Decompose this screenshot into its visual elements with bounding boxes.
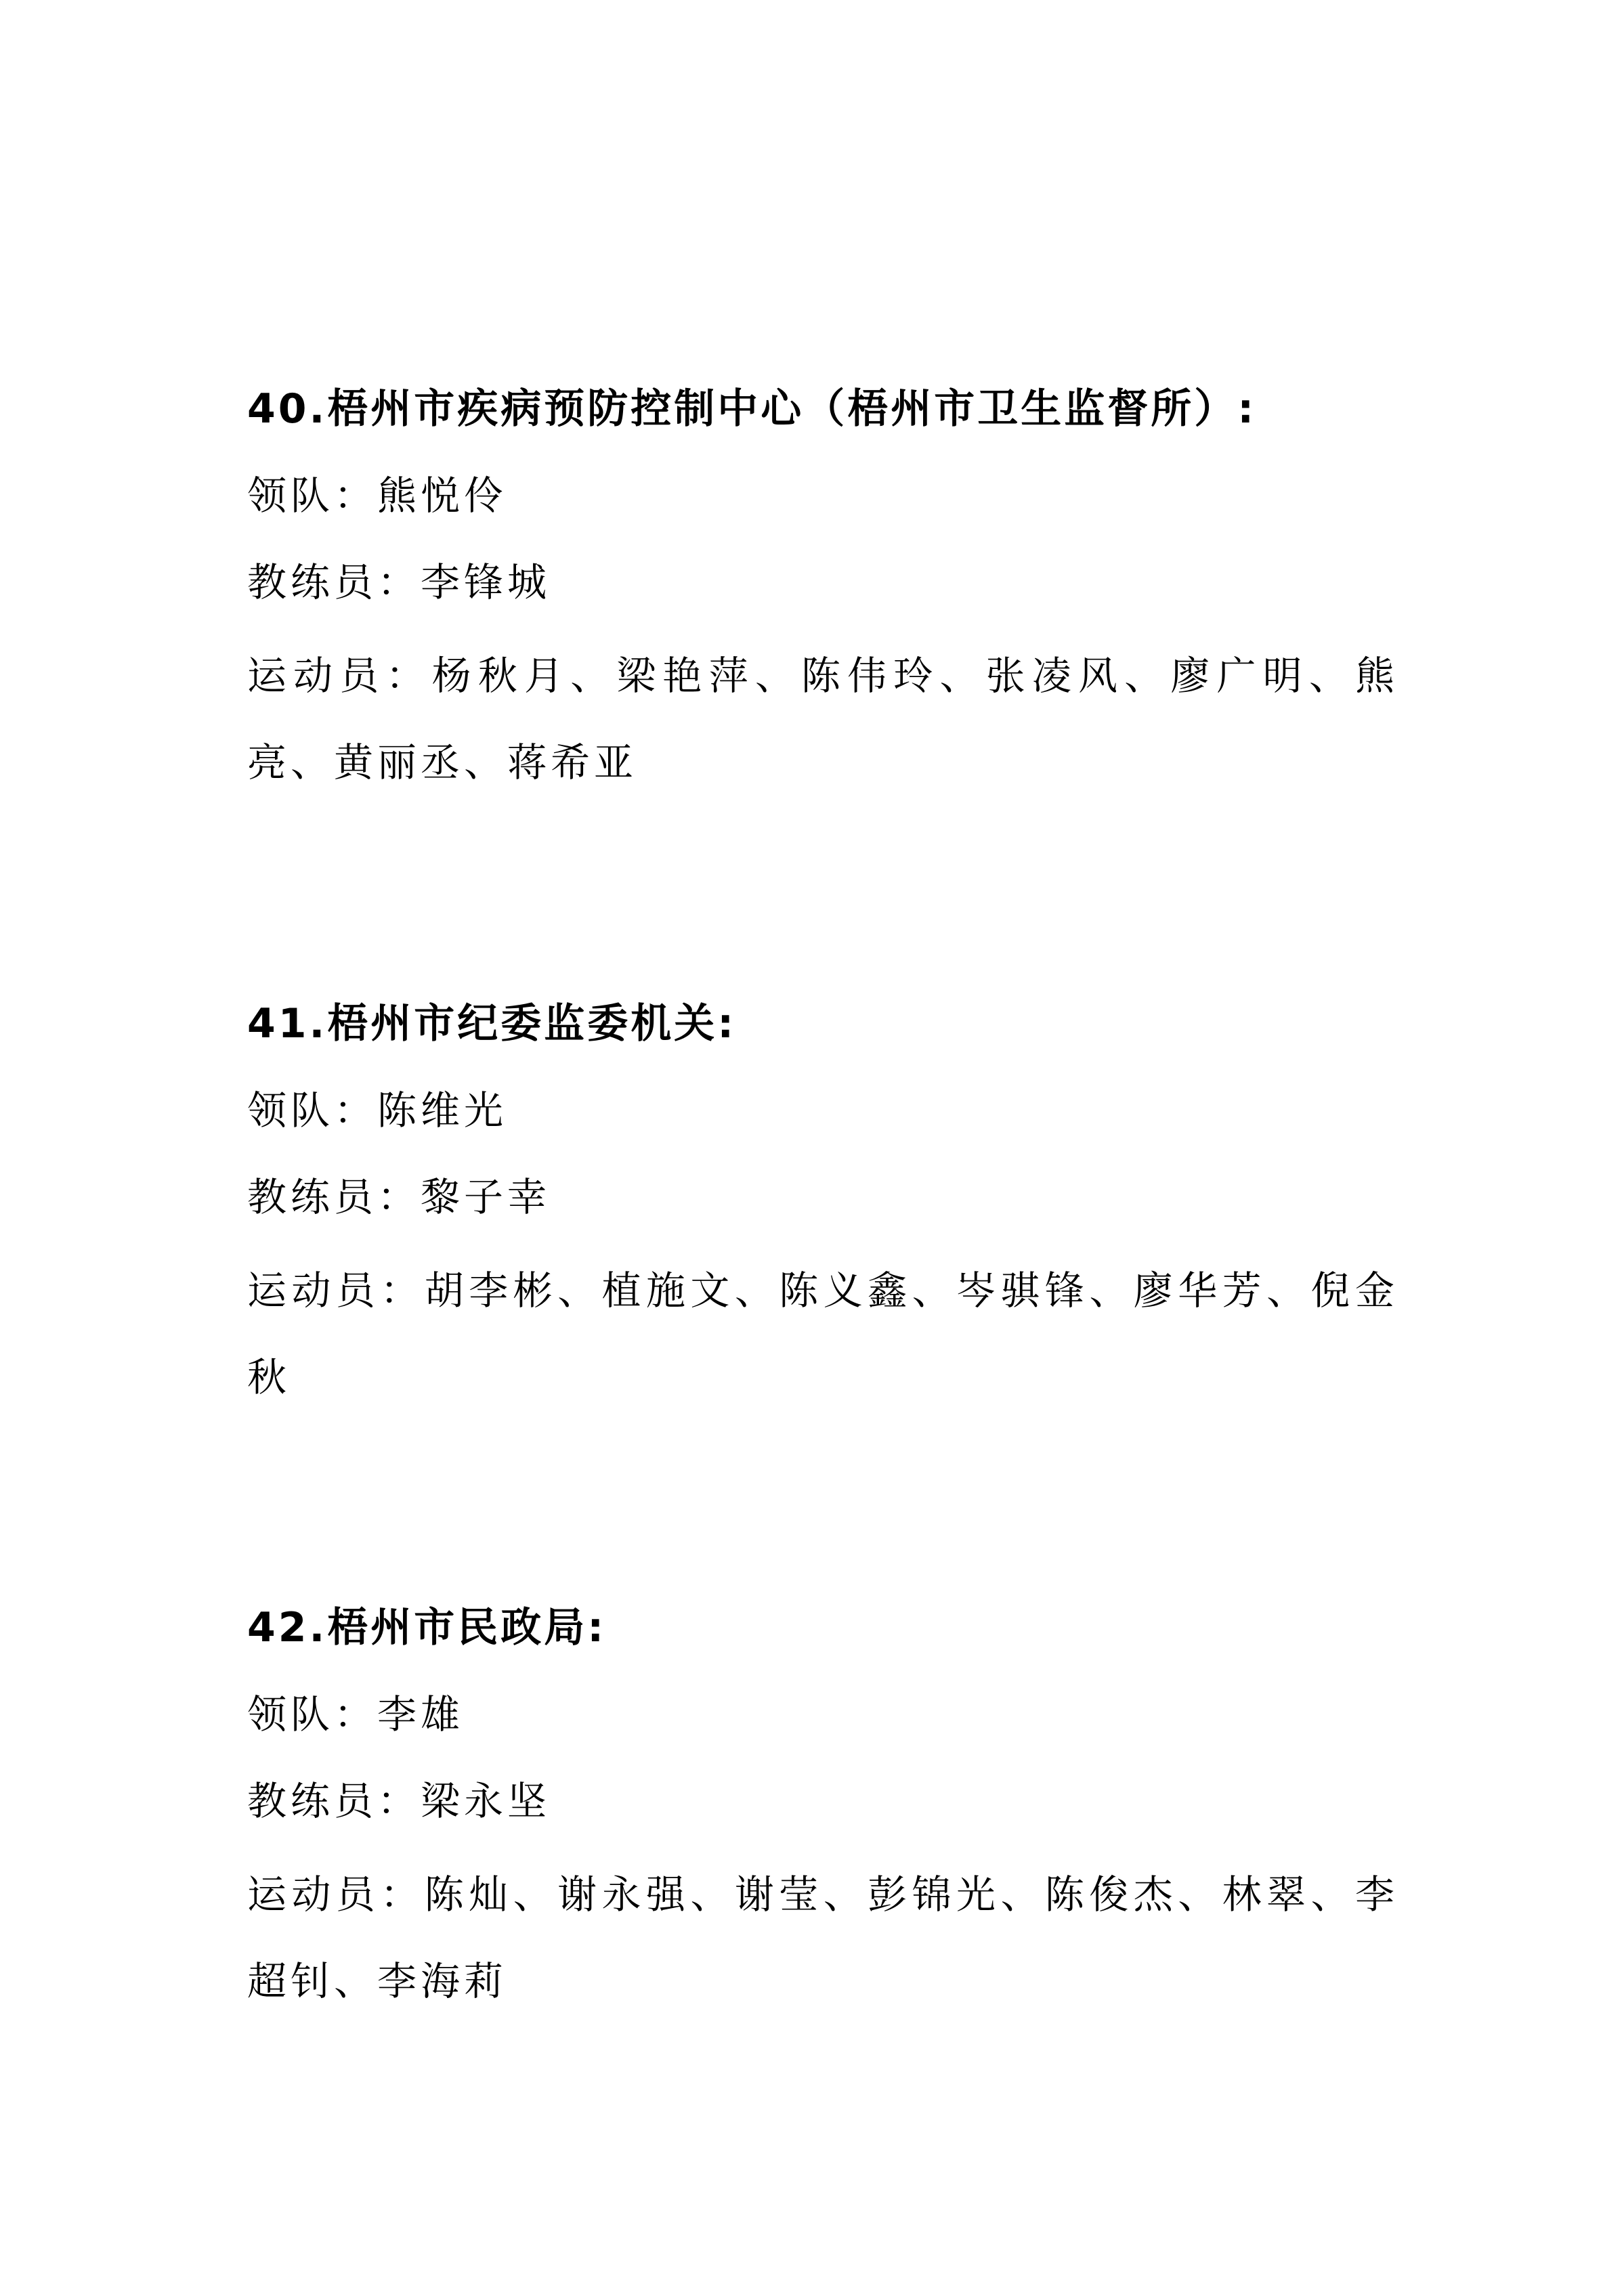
leader-line: 领队：熊悦伶 — [247, 471, 1398, 520]
coach-line: 教练员：梁永坚 — [247, 1777, 1398, 1825]
team-heading: 42.梧州市民政局: — [247, 1603, 1398, 1652]
leader-name: 陈维光 — [377, 1087, 507, 1133]
coach-name: 黎子幸 — [421, 1174, 551, 1220]
athletes-label: 运动员： — [247, 653, 432, 699]
coach-label: 教练员： — [247, 1174, 421, 1220]
athletes-label: 运动员： — [247, 1268, 425, 1314]
coach-name: 梁永坚 — [421, 1778, 551, 1824]
athletes-line: 运动员：陈灿、谢永强、谢莹、彭锦光、陈俊杰、林翠、李超钊、李海莉 — [247, 1851, 1398, 2024]
leader-label: 领队： — [247, 1691, 377, 1737]
leader-line: 领队：李雄 — [247, 1690, 1398, 1739]
coach-label: 教练员： — [247, 559, 421, 605]
team-section-40: 40.梧州市疾病预防控制中心（梧州市卫生监督所）: 领队：熊悦伶 教练员：李锋城… — [247, 385, 1398, 806]
coach-line: 教练员：黎子幸 — [247, 1173, 1398, 1221]
team-section-41: 41.梧州市纪委监委机关: 领队：陈维光 教练员：黎子幸 运动员：胡李彬、植施文… — [247, 999, 1398, 1421]
coach-line: 教练员：李锋城 — [247, 558, 1398, 607]
coach-name: 李锋城 — [421, 559, 551, 605]
leader-name: 李雄 — [377, 1691, 464, 1737]
athletes-line: 运动员：胡李彬、植施文、陈义鑫、岑骐锋、廖华芳、倪金秋 — [247, 1247, 1398, 1421]
athletes-line: 运动员：杨秋月、梁艳萍、陈伟玲、张凌风、廖广明、熊 亮、黄丽丞、蒋希亚 — [247, 632, 1398, 806]
document-page: 40.梧州市疾病预防控制中心（梧州市卫生监督所）: 领队：熊悦伶 教练员：李锋城… — [0, 0, 1624, 2296]
team-section-42: 42.梧州市民政局: 领队：李雄 教练员：梁永坚 运动员：陈灿、谢永强、谢莹、彭… — [247, 1603, 1398, 2024]
team-heading: 40.梧州市疾病预防控制中心（梧州市卫生监督所）: — [247, 385, 1398, 433]
leader-line: 领队：陈维光 — [247, 1086, 1398, 1135]
team-heading: 41.梧州市纪委监委机关: — [247, 999, 1398, 1048]
leader-label: 领队： — [247, 1087, 377, 1133]
leader-label: 领队： — [247, 473, 377, 519]
coach-label: 教练员： — [247, 1778, 421, 1824]
athletes-label: 运动员： — [247, 1871, 425, 1918]
leader-name: 熊悦伶 — [377, 473, 507, 519]
